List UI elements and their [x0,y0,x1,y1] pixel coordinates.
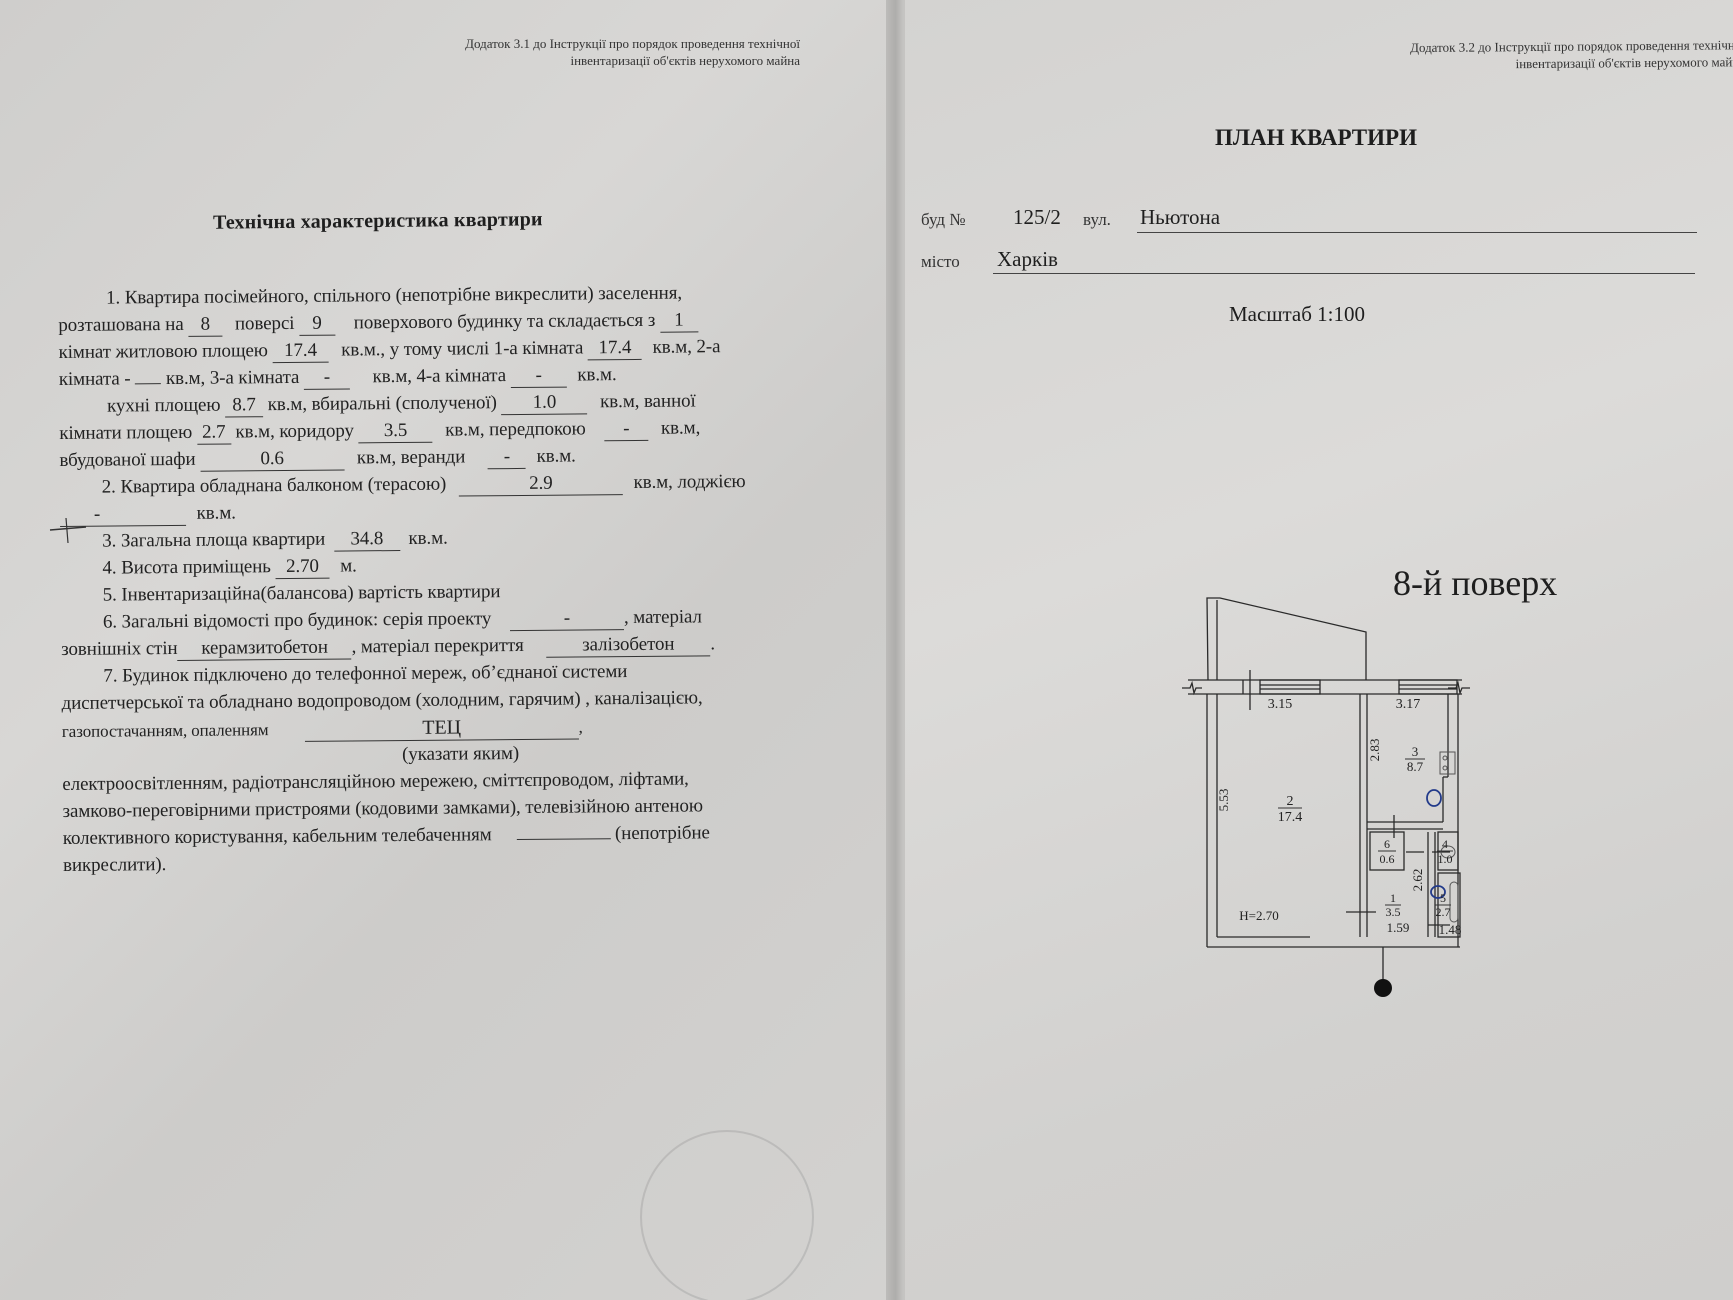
hall-area-value: - [604,418,648,441]
kitchen-area-value: 8.7 [225,394,263,417]
rooms-count-value: 1 [660,309,698,332]
s7-line3: газопостачанням, опаленням ТЕЦ, [62,715,583,744]
total-area-value: 34.8 [334,528,400,552]
city-underline [993,273,1695,274]
veranda-area-value: - [488,446,526,469]
s1-line3: кімнат житловою площею 17.4 кв.м., у том… [58,336,720,365]
street-underline [1137,232,1697,233]
svg-text:2.7: 2.7 [1436,905,1451,919]
room4-area-value: - [511,365,567,388]
height-value: 2.70 [275,556,329,579]
right-page: Додаток 3.2 до Інструкції про порядок пр… [905,0,1733,1300]
document-title: Технічна характеристика квартири [213,208,543,234]
svg-text:2.62: 2.62 [1410,869,1425,892]
s6-line2: зовнішніх стінкерамзитобетон, матеріал п… [61,633,715,662]
left-page: Додаток 3.1 до Інструкції про порядок пр… [0,0,893,1300]
room2-area-value [135,383,161,384]
s4-line: 4. Висота приміщень 2.70 м. [102,555,356,580]
s1-line4: кімната - кв.м, 3-а кімната - кв.м, 4-а … [59,364,617,392]
appendix-note-right: Додаток 3.2 до Інструкції про порядок пр… [1325,36,1733,74]
svg-text:3.15: 3.15 [1268,697,1293,712]
wall-material-value: керамзитобетон [177,636,351,661]
project-series-value: - [510,607,624,631]
room3-area-value: - [304,366,350,389]
floor-material-value: залізобетон [546,633,710,657]
bath-area-value: 2.7 [197,421,231,444]
svg-text:6: 6 [1384,837,1390,851]
svg-text:2: 2 [1287,794,1294,809]
svg-text:0.6: 0.6 [1380,852,1395,866]
scale-label: Масштаб 1:100 [1229,302,1365,327]
s5-line: 5. Інвентаризаційна(балансова) вартість … [103,581,501,606]
city-name: Харків [997,247,1058,272]
characteristics-body: 1. Квартира посімейного, спільного (непо… [58,281,818,288]
corridor-area-value: 3.5 [358,420,432,444]
toilet-area-value: 1.0 [501,391,587,415]
svg-text:1.48: 1.48 [1439,922,1462,937]
s7-line8: викреслити). [63,854,166,877]
entrance-marker-icon [1374,979,1392,997]
svg-text:4: 4 [1442,837,1448,851]
s6-line1: 6. Загальні відомості про будинок: серія… [103,606,702,634]
svg-text:3.17: 3.17 [1396,697,1421,712]
svg-text:1.0: 1.0 [1438,852,1453,866]
heating-value: ТЕЦ [304,715,578,741]
s7-hint: (указати яким) [402,743,519,766]
svg-text:8.7: 8.7 [1407,759,1424,774]
svg-text:1: 1 [1390,891,1396,905]
svg-text:2.83: 2.83 [1367,739,1382,762]
appendix-note-left: Додаток 3.1 до Інструкції про порядок пр… [400,35,800,69]
svg-text:H=2.70: H=2.70 [1239,908,1278,923]
bathtub-icon [1450,882,1458,922]
street-label: вул. [1083,210,1111,230]
s1-line6: кімнати площею 2.7 кв.м, коридору 3.5 кв… [59,417,700,446]
s1-line5: кухні площею 8.7 кв.м, вбиральні (сполуч… [107,390,696,418]
faint-stamp [640,1130,814,1300]
svg-text:3: 3 [1412,744,1419,759]
s1-line7: вбудованої шафи 0.6 кв.м, веранди - кв.м… [59,445,575,473]
plan-title: ПЛАН КВАРТИРИ [1215,125,1417,151]
room1-area-value: 17.4 [588,337,642,360]
closet-area-value: 0.6 [200,448,344,472]
cable-tv-blank [516,838,610,840]
balcony-area-value: 2.9 [459,472,623,496]
s7-line6: замково-переговірними пристроями (кодови… [62,795,703,823]
building-label: буд № [921,210,966,230]
living-area-value: 17.4 [272,340,328,363]
s7-line2: диспетчерської та обладнано водопроводом… [62,687,703,715]
s7-line1: 7. Будинок підключено до телефонної мере… [103,661,627,688]
floor-plan-drawing: 3.15 3.17 5.53 2.83 2.62 1.59 1.48 H=2.7… [1180,590,1470,1010]
floors-total-value: 9 [299,313,335,336]
svg-text:17.4: 17.4 [1278,810,1303,825]
floor-value: 8 [188,314,222,337]
svg-text:5: 5 [1440,891,1446,905]
city-label: місто [921,252,960,272]
cross-mark-icon [48,515,88,545]
building-number: 125/2 [1013,205,1061,230]
svg-text:5.53: 5.53 [1216,789,1231,812]
svg-text:1.59: 1.59 [1387,920,1410,935]
s7-line5: електроосвітленням, радіотрансляційною м… [62,769,689,796]
s3-line: 3. Загальна площа квартири 34.8 кв.м. [102,528,448,554]
s1-line2: розташована на 8 поверсі 9 поверхового б… [58,309,698,338]
appendix-line-2: інвентаризації об'єктів нерухомого майна [1325,53,1733,74]
s1-line1: 1. Квартира посімейного, спільного (непо… [106,283,682,310]
street-name: Ньютона [1140,205,1220,230]
appendix-line-1: Додаток 3.1 до Інструкції про порядок пр… [400,35,800,52]
appendix-line-2: інвентаризації об'єктів нерухомого майна [400,52,800,69]
sink-icon [1427,790,1441,806]
s7-line7: колективного користування, кабельним тел… [63,822,710,850]
svg-text:3.5: 3.5 [1386,905,1401,919]
s2-line1: 2. Квартира обладнана балконом (терасою)… [102,471,746,500]
